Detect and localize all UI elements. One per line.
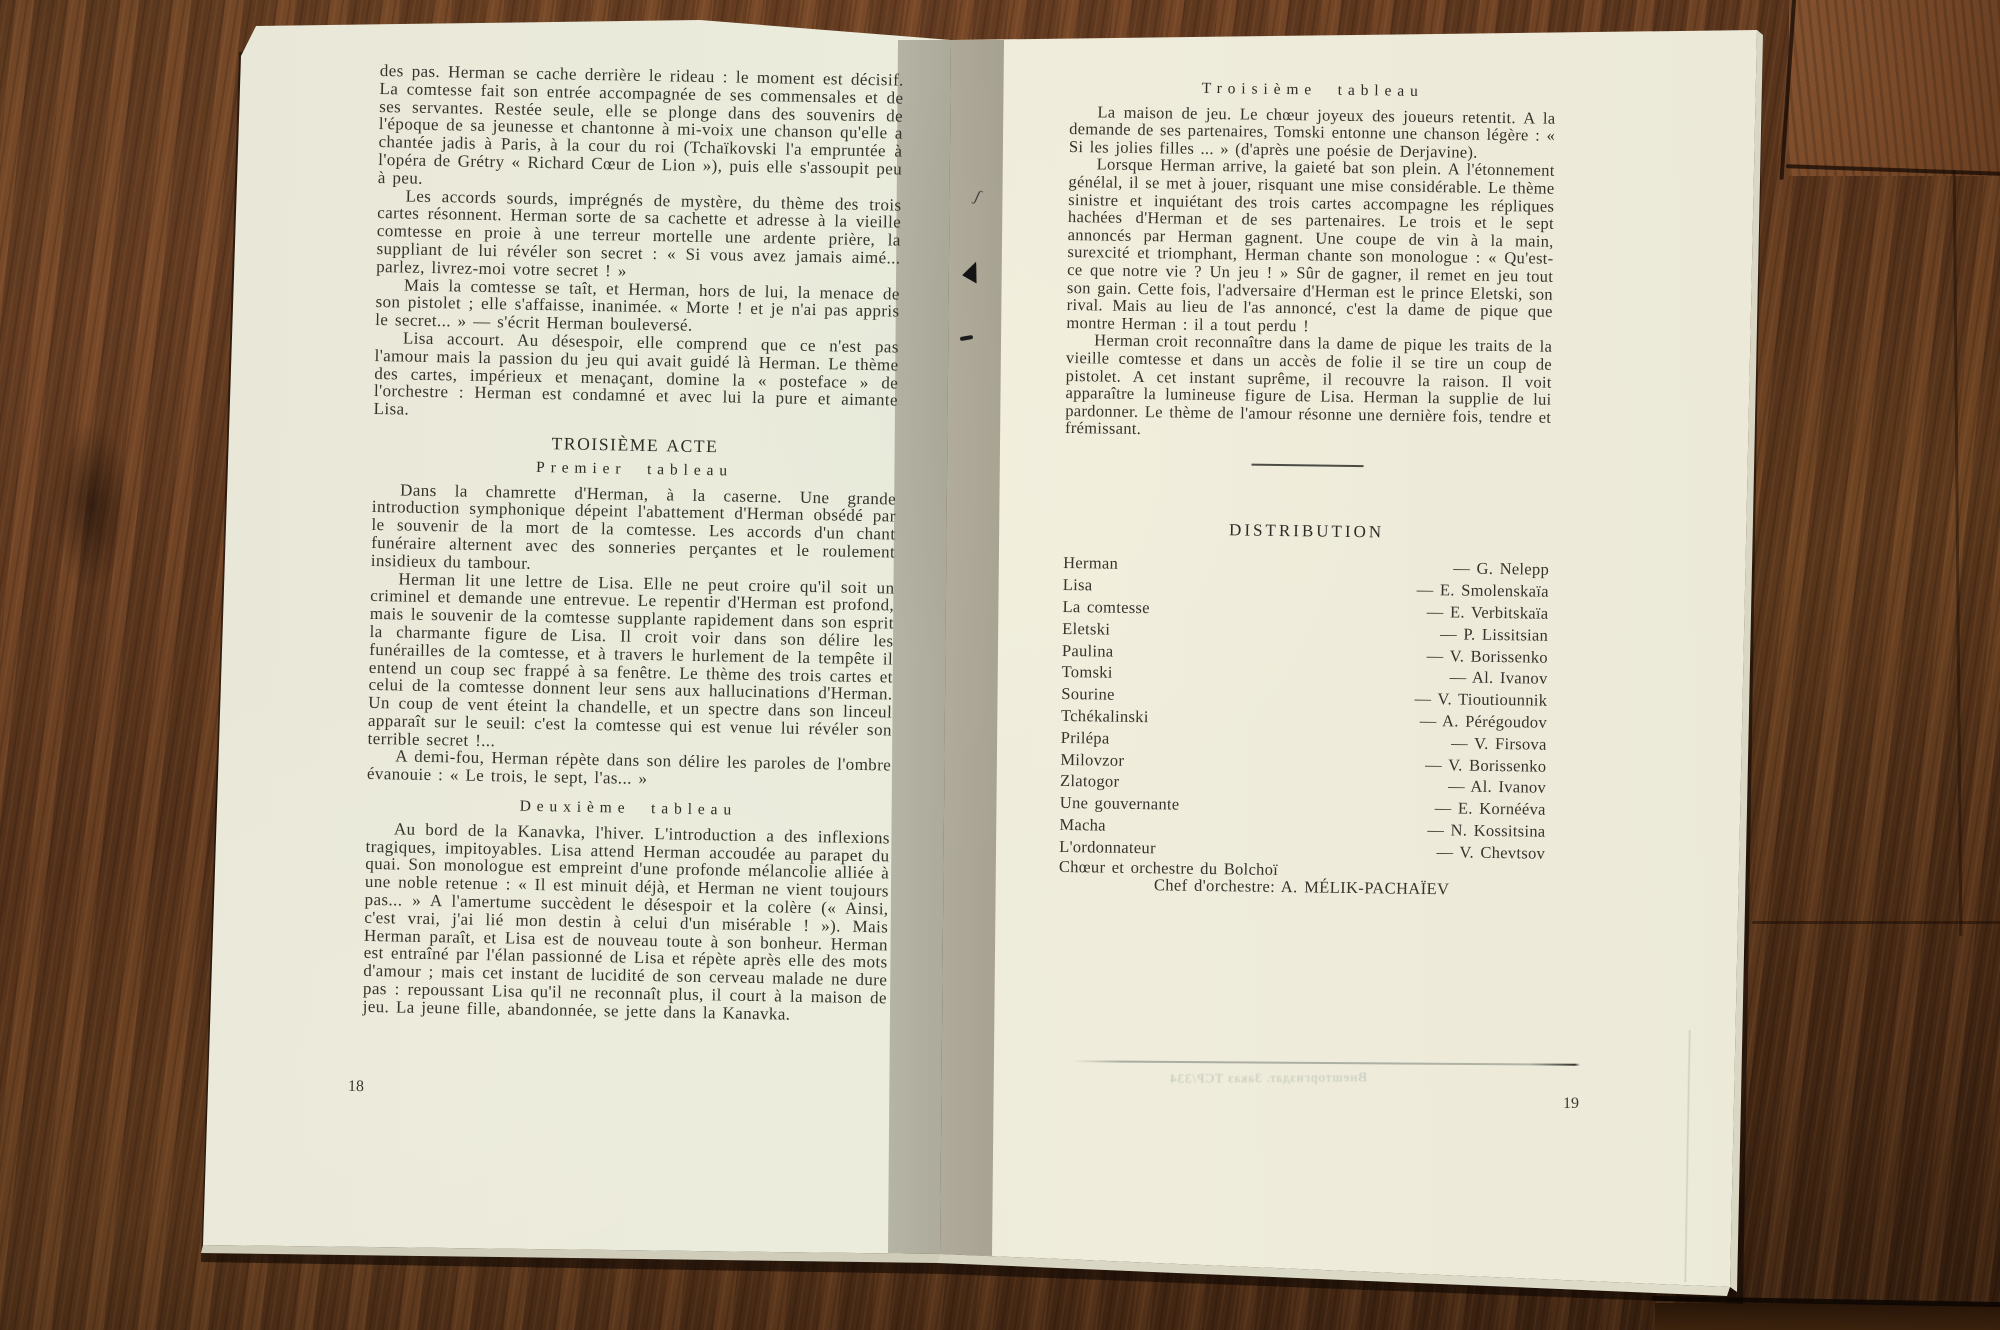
cast-role: Macha xyxy=(1059,814,1106,836)
paragraph: Lisa accourt. Au désespoir, elle compren… xyxy=(373,329,899,428)
paragraph: La maison de jeu. Le chœur joyeux des jo… xyxy=(1069,103,1556,163)
cast-role: Paulina xyxy=(1062,640,1114,663)
deuxieme-tableau-heading: Deuxième tableau xyxy=(366,795,890,822)
cast-performer: — V. Borissenko xyxy=(1425,754,1546,777)
mirrored-imprint-showthrough: Внешторгиздат. Заказ ТСР/334 xyxy=(1100,1069,1436,1088)
left-page-text: des pas. Herman se cache derrière le rid… xyxy=(363,62,904,1025)
cast-performer: — G. Nelepp xyxy=(1453,558,1549,581)
cast-role: La comtesse xyxy=(1062,596,1150,619)
paragraph: Herman croit reconnaître dans la dame de… xyxy=(1065,331,1552,443)
paragraph: Les accords sourds, imprégnés de mystère… xyxy=(376,187,902,286)
paragraph: Au bord de la Kanavka, l'hiver. L'introd… xyxy=(363,820,890,1025)
paragraph: Lorsque Herman arrive, la gaieté bat son… xyxy=(1066,155,1554,338)
cast-list: Herman— G. Nelepp Lisa— E. Smolenskaïa L… xyxy=(1059,552,1549,864)
cast-role: Tomski xyxy=(1061,661,1112,684)
cast-performer: — V. Borissenko xyxy=(1427,645,1548,668)
cast-performer: — Al. Ivanov xyxy=(1448,776,1546,799)
cast-role: Sourine xyxy=(1061,683,1115,706)
cast-performer: — V. Chevtsov xyxy=(1436,841,1545,864)
cast-performer: — V. Firsova xyxy=(1451,732,1547,755)
cast-role: Zlatogor xyxy=(1060,770,1120,793)
paragraph: A demi-fou, Herman répète dans son délir… xyxy=(367,747,892,792)
section-divider xyxy=(1252,463,1364,467)
right-page-text: Troisième tableau La maison de jeu. Le c… xyxy=(1059,72,1556,900)
cast-role: Herman xyxy=(1063,552,1118,575)
cast-performer: — N. Kossitsina xyxy=(1427,819,1545,842)
troisieme-tableau-heading: Troisième tableau xyxy=(1070,78,1556,102)
cast-role: Lisa xyxy=(1063,574,1093,596)
distribution-heading: DISTRIBUTION xyxy=(1064,519,1550,543)
cast-role: Une gouvernante xyxy=(1060,792,1180,815)
cast-performer: — E. Smolenskaïa xyxy=(1417,579,1549,603)
cast-performer: — V. Tioutiounnik xyxy=(1414,688,1547,712)
paragraph: Dans la chamrette d'Herman, à la caserne… xyxy=(371,480,897,579)
cast-role: L'ordonnateur xyxy=(1059,836,1156,859)
page-number-right: 19 xyxy=(1563,1095,1579,1113)
page-number-left: 18 xyxy=(348,1078,364,1096)
cast-performer: — E. Verbitskaïa xyxy=(1427,601,1549,624)
cast-performer: — E. Kornééva xyxy=(1435,797,1546,820)
cast-role: Tchékalinski xyxy=(1061,705,1149,728)
cast-role: Milovzor xyxy=(1060,749,1124,772)
cast-performer: — Al. Ivanov xyxy=(1450,667,1548,690)
premier-tableau-heading: Premier tableau xyxy=(372,456,896,483)
paragraph: Herman lit une lettre de Lisa. Elle ne p… xyxy=(367,569,894,757)
cast-performer: — A. Pérégoudov xyxy=(1420,710,1547,734)
paragraph: des pas. Herman se cache derrière le rid… xyxy=(378,62,904,196)
act-heading: TROISIÈME ACTE xyxy=(373,432,897,459)
cast-role: Eletski xyxy=(1062,618,1110,640)
cast-performer: — P. Lissitsian xyxy=(1440,623,1548,646)
cast-role: Prilépa xyxy=(1061,727,1110,749)
photo-scene: des pas. Herman se cache derrière le rid… xyxy=(0,0,2000,1330)
